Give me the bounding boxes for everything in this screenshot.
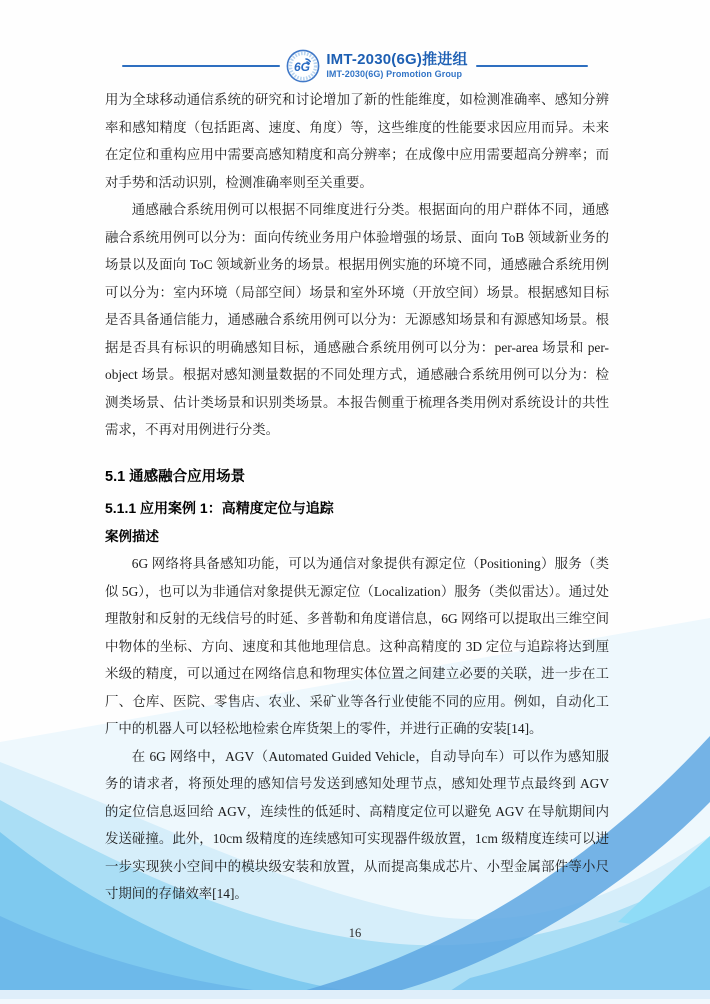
header-title-block: IMT-2030(6G)推进组 IMT-2030(6G) Promotion G… [326, 52, 467, 79]
page-header: 6G IMT-2030(6G)推进组 IMT-2030(6G) Promotio… [0, 44, 710, 88]
case-description-label: 案例描述 [105, 523, 609, 551]
header-rule-left [122, 65, 280, 67]
paragraph-use-case-classification: 通感融合系统用例可以根据不同维度进行分类。根据面向的用户群体不同，通感融合系统用… [105, 196, 609, 444]
section-heading-5-1: 5.1 通感融合应用场景 [105, 464, 609, 492]
document-body: 用为全球移动通信系统的研究和讨论增加了新的性能维度，如检测准确率、感知分辨率和感… [105, 86, 609, 908]
org-title: IMT-2030(6G)推进组 [326, 52, 467, 68]
paragraph-agv-sensing: 在 6G 网络中，AGV（Automated Guided Vehicle，自动… [105, 743, 609, 908]
imt2030-6g-logo-icon: 6G [286, 49, 320, 83]
page-number: 16 [0, 926, 710, 941]
paragraph-performance-dimensions: 用为全球移动通信系统的研究和讨论增加了新的性能维度，如检测准确率、感知分辨率和感… [105, 86, 609, 196]
paragraph-6g-positioning: 6G 网络将具备感知功能，可以为通信对象提供有源定位（Positioning）服… [105, 550, 609, 743]
org-subtitle: IMT-2030(6G) Promotion Group [326, 70, 467, 79]
document-page: 6G IMT-2030(6G)推进组 IMT-2030(6G) Promotio… [0, 0, 710, 1004]
section-heading-5-1-1: 5.1.1 应用案例 1：高精度定位与追踪 [105, 495, 609, 523]
header-rule-right [476, 65, 588, 67]
